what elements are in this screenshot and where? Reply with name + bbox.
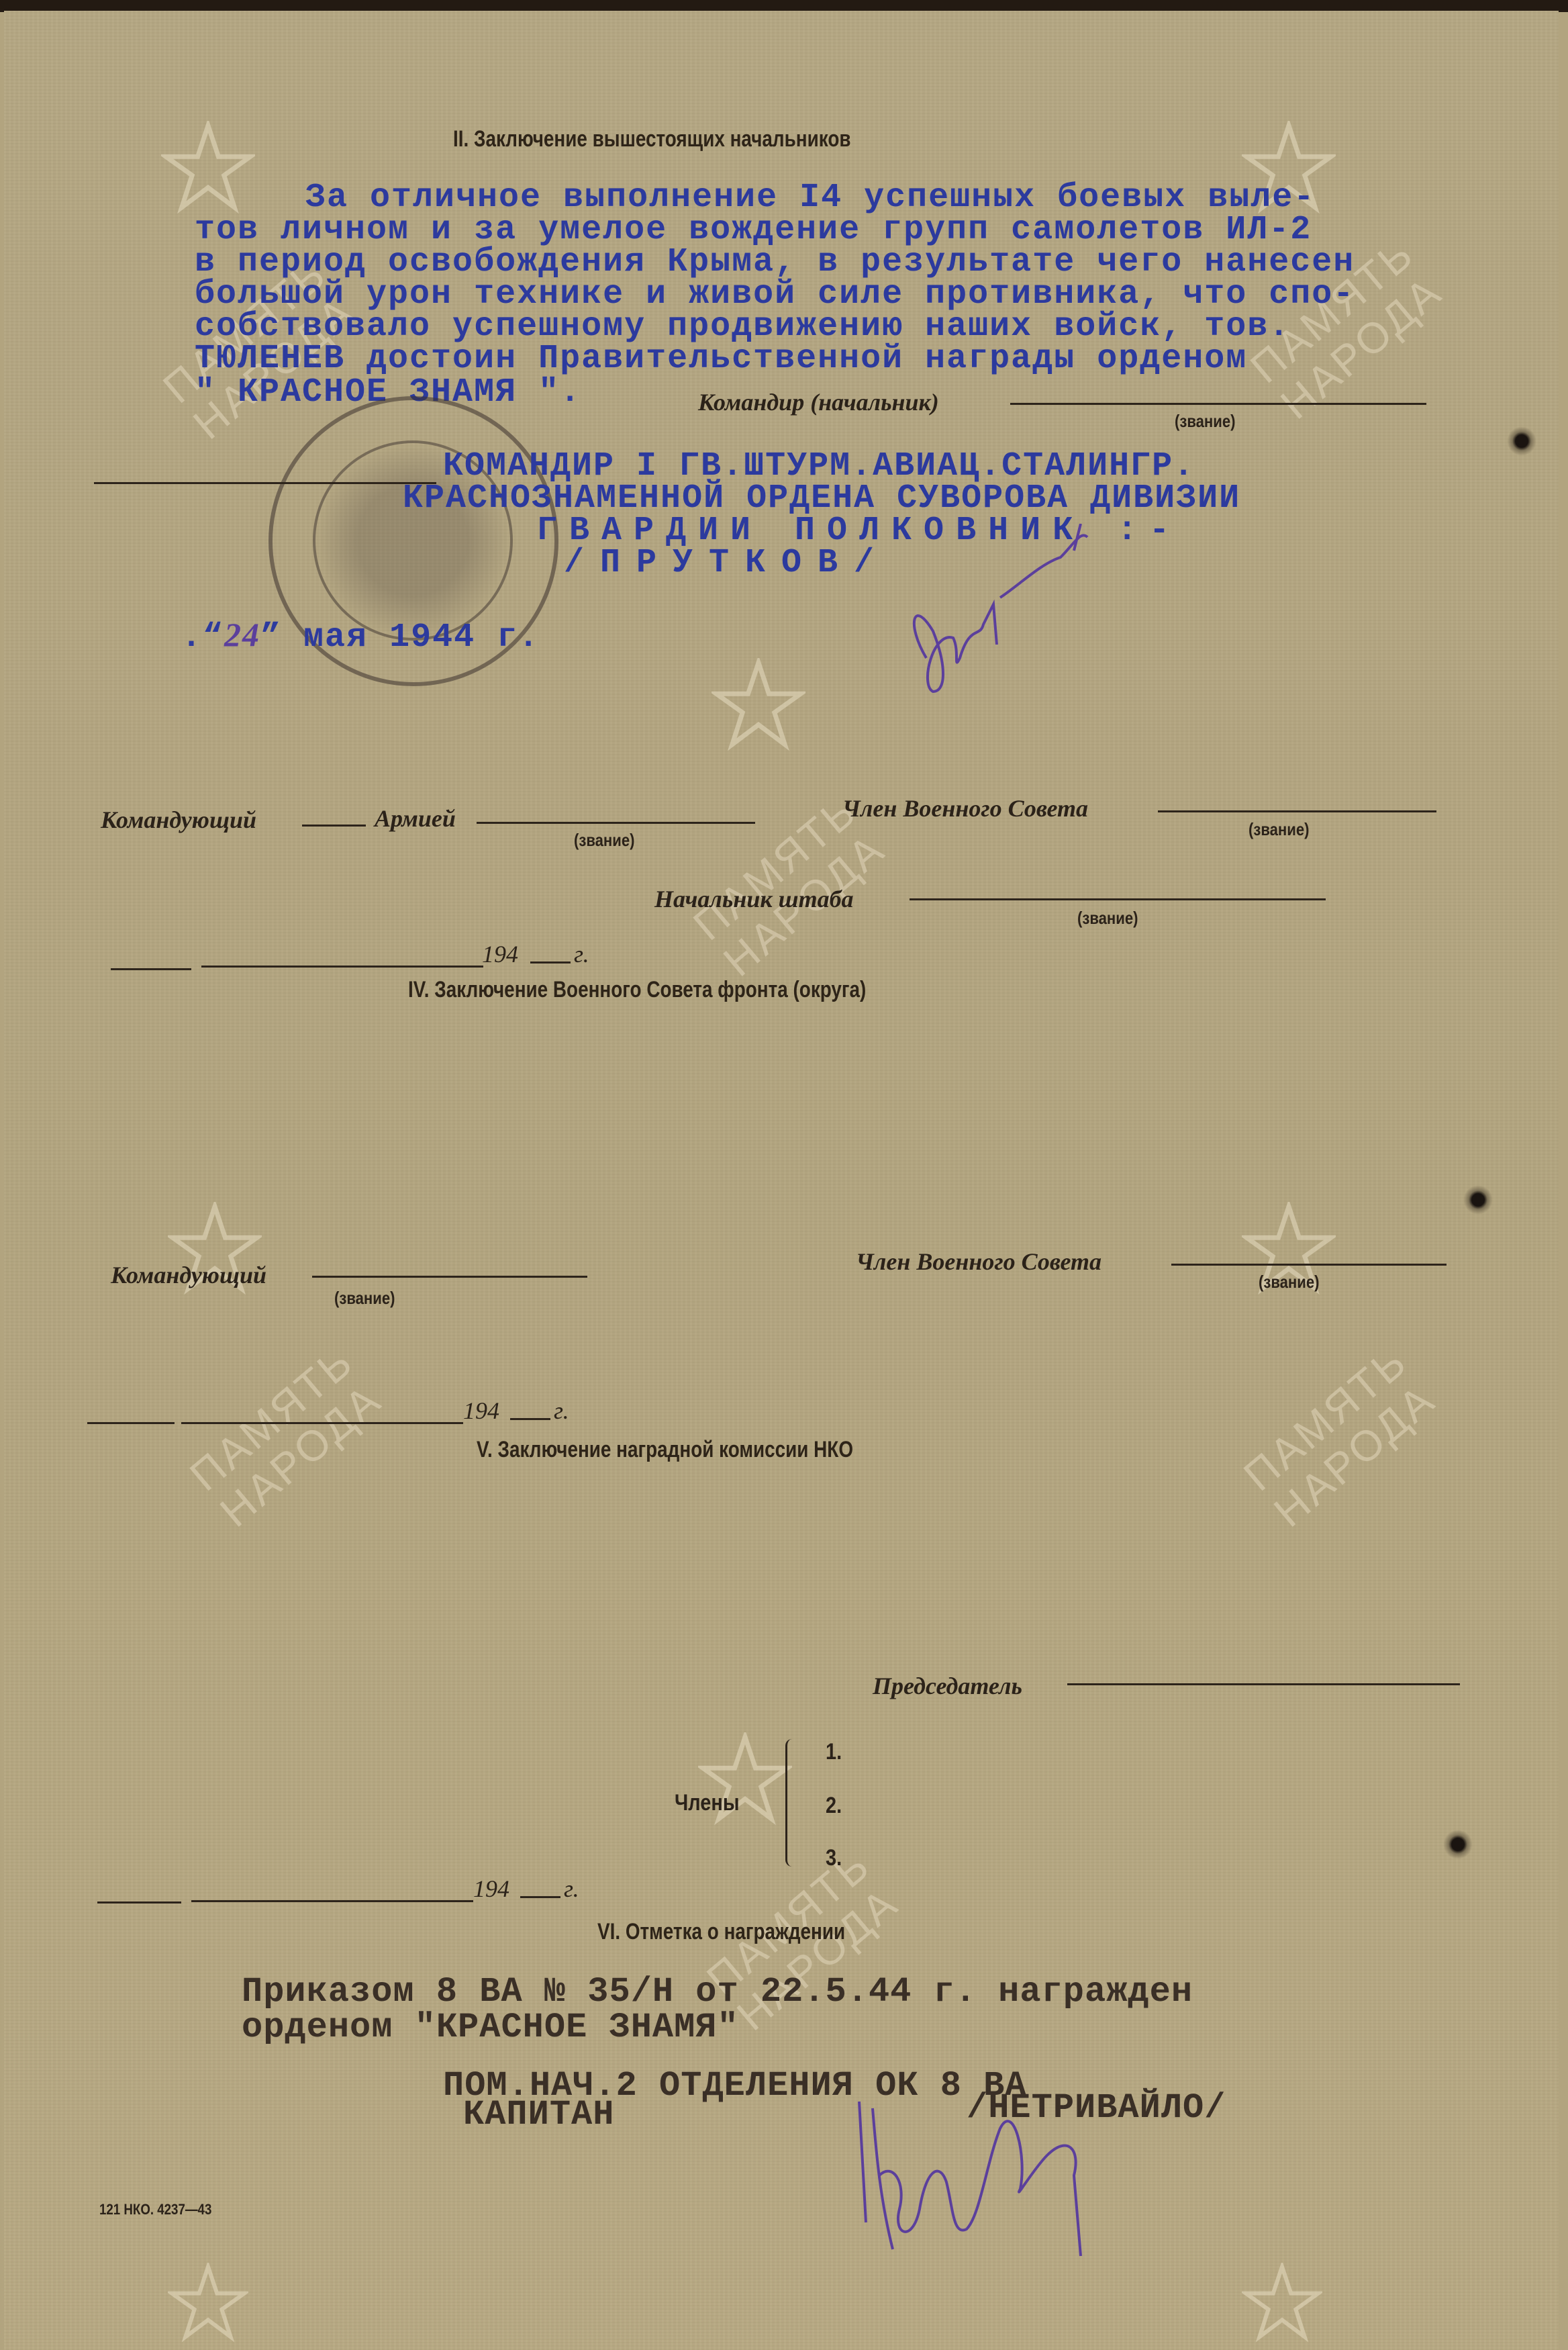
date-day-line bbox=[97, 1901, 181, 1903]
section-ii-heading: II. Заключение вышестоящих начальников bbox=[453, 126, 851, 152]
army-commander-label: Командующий bbox=[101, 806, 256, 834]
typed-line-6: ТЮЛЕНЕВ достоин Правительственной наград… bbox=[195, 342, 1247, 376]
date-year-prefix: 194 bbox=[482, 940, 518, 968]
section-ii-date: .“24” мая 1944 г. bbox=[181, 618, 540, 655]
rank-caption: (звание) bbox=[1175, 411, 1236, 432]
print-mark: 121 НКО. 4237—43 bbox=[99, 2201, 211, 2218]
date-day-line bbox=[111, 968, 191, 970]
members-brace bbox=[785, 1739, 797, 1867]
front-council-label: Член Военного Совета bbox=[856, 1248, 1101, 1276]
date-year-line bbox=[530, 961, 571, 963]
member-1: 1. bbox=[826, 1739, 842, 1765]
date-month-line bbox=[201, 966, 483, 968]
date-year: 1944 г. bbox=[389, 618, 540, 657]
watermark-star-icon bbox=[168, 2263, 248, 2343]
blank-line bbox=[94, 482, 436, 484]
typed-line-5: собствовало успешному продвижению наших … bbox=[195, 310, 1290, 344]
watermark-star-icon bbox=[712, 658, 805, 752]
council-signature-line bbox=[1158, 810, 1436, 812]
signature-block-line-2: КРАСНОЗНАМЕННОЙ ОРДЕНА СУВОРОВА ДИВИЗИИ bbox=[403, 482, 1240, 516]
typed-line-3: в период освобождения Крыма, в результат… bbox=[195, 246, 1355, 279]
signature-block-line-1: КОМАНДИР I ГВ.ШТУРМ.АВИАЦ.СТАЛИНГР. bbox=[443, 450, 1195, 483]
rank-caption: (звание) bbox=[1259, 1272, 1320, 1292]
chief-signature-line bbox=[910, 898, 1326, 900]
chief-of-staff-label: Начальник штаба bbox=[654, 885, 854, 913]
chairman-signature-line bbox=[1067, 1683, 1460, 1685]
date-month: мая bbox=[303, 618, 368, 657]
award-order-line-2: орденом "КРАСНОЕ ЗНАМЯ" bbox=[242, 2013, 739, 2042]
date-year-line bbox=[520, 1896, 560, 1898]
rank-caption: (звание) bbox=[574, 830, 635, 851]
army-label: Армией bbox=[375, 804, 456, 833]
typed-line-1: За отличное выполнение I4 успешных боевы… bbox=[305, 181, 1315, 215]
date-year-line bbox=[510, 1418, 550, 1420]
rank-caption: (звание) bbox=[334, 1288, 395, 1309]
typed-line-4: большой урон технике и живой силе против… bbox=[195, 278, 1355, 312]
blank-line bbox=[302, 825, 366, 827]
punch-hole bbox=[1443, 1830, 1473, 1859]
members-label: Члены bbox=[675, 1790, 740, 1816]
punch-hole bbox=[1507, 426, 1536, 456]
commander-signature-line bbox=[1010, 403, 1426, 405]
watermark-star-icon bbox=[1242, 2263, 1322, 2343]
military-council-label: Член Военного Совета bbox=[842, 794, 1088, 822]
front-council-signature-line bbox=[1171, 1264, 1447, 1266]
rank-caption: (звание) bbox=[1248, 819, 1310, 840]
date-day-line bbox=[87, 1422, 175, 1424]
chairman-label: Председатель bbox=[873, 1672, 1022, 1700]
member-2: 2. bbox=[826, 1793, 842, 1819]
officer-signature bbox=[852, 2088, 1202, 2263]
section-vi-heading: VI. Отметка о награждении bbox=[597, 1919, 845, 1945]
front-commander-label: Командующий bbox=[111, 1261, 266, 1289]
section-iv-heading: IV. Заключение Военного Совета фронта (о… bbox=[408, 977, 866, 1003]
date-suffix: г. bbox=[554, 1397, 569, 1425]
date-suffix: г. bbox=[574, 940, 589, 968]
typed-line-2: тов личном и за умелое вождение групп са… bbox=[195, 214, 1312, 247]
member-3: 3. bbox=[826, 1845, 842, 1871]
date-month-line bbox=[191, 1900, 473, 1902]
signer-line-2: КАПИТАН bbox=[463, 2100, 614, 2130]
front-commander-signature-line bbox=[312, 1276, 587, 1278]
date-day: 24 bbox=[224, 616, 260, 653]
date-month-line bbox=[181, 1422, 463, 1424]
commander-name: /ПРУТКОВ/ bbox=[564, 547, 890, 580]
rank-caption: (звание) bbox=[1077, 908, 1138, 929]
date-suffix: г. bbox=[564, 1875, 579, 1903]
army-signature-line bbox=[477, 822, 755, 824]
section-v-heading: V. Заключение наградной комиссии НКО bbox=[477, 1437, 853, 1463]
date-year-prefix: 194 bbox=[463, 1397, 499, 1425]
award-order-line-1: Приказом 8 ВА № 35/Н от 22.5.44 г. награ… bbox=[242, 1977, 1193, 2007]
commander-label: Командир (начальник) bbox=[698, 388, 939, 416]
commander-signature bbox=[906, 524, 1148, 718]
punch-hole bbox=[1463, 1185, 1493, 1215]
watermark-star-icon bbox=[161, 121, 255, 215]
date-year-prefix: 194 bbox=[473, 1875, 509, 1903]
